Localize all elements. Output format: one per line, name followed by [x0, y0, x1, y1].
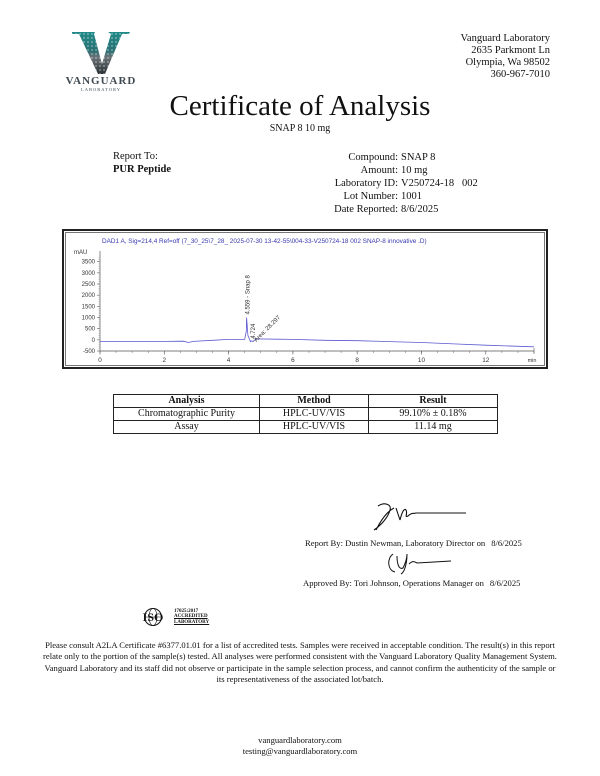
info-key: Lot Number: — [300, 190, 401, 203]
cell-result: 99.10% ± 0.18% — [369, 408, 498, 421]
iso-laboratory: LABORATORY — [174, 620, 209, 626]
y-tick-label: 1500 — [82, 304, 96, 310]
info-value: 8/6/2025 — [401, 203, 438, 216]
info-key: Amount: — [300, 164, 401, 177]
y-tick-label: -500 — [83, 349, 96, 355]
cell-analysis: Chromatographic Purity — [114, 408, 260, 421]
info-row-compound: Compound: SNAP 8 — [300, 151, 478, 164]
disclaimer-text: Please consult A2LA Certificate #6377.01… — [40, 640, 560, 685]
x-tick-label: 6 — [291, 357, 295, 364]
cell-result: 11.14 mg — [369, 421, 498, 434]
y-tick-label: 1000 — [82, 316, 96, 322]
y-tick-label: 3000 — [82, 271, 96, 277]
info-value: V250724-18 002 — [401, 177, 478, 190]
y-tick-label: 2500 — [82, 282, 96, 288]
signature-dustin-newman-icon — [370, 500, 470, 534]
column-header-result: Result — [369, 395, 498, 408]
report-by-date: 8/6/2025 — [491, 538, 522, 548]
cell-method: HPLC-UV/VIS — [260, 421, 369, 434]
chromatogram-plot: DAD1 A, Sig=214,4 Ref=off (7_30_25\7_28_… — [64, 231, 546, 367]
x-tick-label: 0 — [98, 357, 102, 364]
cell-method: HPLC-UV/VIS — [260, 408, 369, 421]
y-tick-label: 2000 — [82, 293, 96, 299]
info-row-date-reported: Date Reported: 8/6/2025 — [300, 203, 478, 216]
x-tick-label: 12 — [482, 357, 490, 364]
results-table: Analysis Method Result Chromatographic P… — [113, 394, 498, 434]
address-line: Vanguard Laboratory — [460, 33, 550, 45]
report-by-line: Report By: Dustin Newman, Laboratory Dir… — [305, 538, 522, 548]
logo-wordmark: VANGUARD — [62, 75, 140, 87]
table-row: Assay HPLC-UV/VIS 11.14 mg — [114, 421, 498, 434]
info-key: Compound: — [300, 151, 401, 164]
footer: vanguardlaboratory.com testing@vanguardl… — [0, 735, 600, 757]
chart-title: DAD1 A, Sig=214,4 Ref=off (7_30_25\7_28_… — [102, 238, 427, 245]
info-key: Date Reported: — [300, 203, 401, 216]
footer-website-link[interactable]: vanguardlaboratory.com — [0, 735, 600, 746]
iso-globe-icon: ISO — [135, 607, 171, 627]
address-line: 360-967-7010 — [460, 69, 550, 81]
info-row-laboratory-id: Laboratory ID: V250724-18 002 — [300, 177, 478, 190]
address-line: 2635 Parkmont Ln — [460, 45, 550, 57]
x-axis-label: min — [528, 358, 537, 364]
cell-analysis: Assay — [114, 421, 260, 434]
approved-by-text: Approved By: Tori Johnson, Operations Ma… — [303, 578, 484, 588]
info-row-amount: Amount: 10 mg — [300, 164, 478, 177]
y-tick-label: 500 — [85, 327, 96, 333]
chromatogram-trace — [100, 318, 534, 347]
approved-by-line: Approved By: Tori Johnson, Operations Ma… — [303, 578, 520, 588]
y-tick-label: 0 — [92, 338, 96, 344]
page-subtitle: SNAP 8 10 mg — [0, 123, 600, 134]
sample-info: Compound: SNAP 8 Amount: 10 mg Laborator… — [300, 151, 478, 216]
table-header-row: Analysis Method Result — [114, 395, 498, 408]
info-value: SNAP 8 — [401, 151, 435, 164]
column-header-analysis: Analysis — [114, 395, 260, 408]
address-line: Olympia, Wa 98502 — [460, 57, 550, 69]
peak-label: 4.559 - Snap 8 — [246, 274, 252, 314]
report-to-name: PUR Peptide — [113, 164, 171, 175]
vanguard-v-logo-icon — [62, 28, 140, 76]
x-tick-label: 8 — [355, 357, 359, 364]
iso-text: ISO — [143, 610, 164, 624]
x-tick-label: 10 — [418, 357, 426, 364]
y-axis-label: mAU — [74, 250, 87, 256]
report-to-label: Report To: — [113, 151, 158, 162]
y-tick-label: 3500 — [82, 260, 96, 266]
info-value: 1001 — [401, 190, 422, 203]
lab-address: Vanguard Laboratory 2635 Parkmont Ln Oly… — [460, 33, 550, 81]
page-title: Certificate of Analysis — [0, 90, 600, 122]
approved-by-date: 8/6/2025 — [490, 578, 521, 588]
chromatogram: DAD1 A, Sig=214,4 Ref=off (7_30_25\7_28_… — [62, 229, 548, 369]
x-tick-label: 4 — [227, 357, 231, 364]
info-row-lot-number: Lot Number: 1001 — [300, 190, 478, 203]
x-tick-label: 2 — [163, 357, 167, 364]
report-by-text: Report By: Dustin Newman, Laboratory Dir… — [305, 538, 485, 548]
footer-email-link[interactable]: testing@vanguardlaboratory.com — [0, 746, 600, 757]
column-header-method: Method — [260, 395, 369, 408]
iso-accreditation-badge: ISO 17025:2017 ACCREDITED LABORATORY — [135, 607, 209, 627]
info-key: Laboratory ID: — [300, 177, 401, 190]
iso-accredited: ACCREDITED — [174, 614, 209, 620]
signature-tori-johnson-icon — [385, 550, 455, 576]
iso-label: 17025:2017 ACCREDITED LABORATORY — [174, 609, 209, 626]
table-row: Chromatographic Purity HPLC-UV/VIS 99.10… — [114, 408, 498, 421]
info-value: 10 mg — [401, 164, 428, 177]
